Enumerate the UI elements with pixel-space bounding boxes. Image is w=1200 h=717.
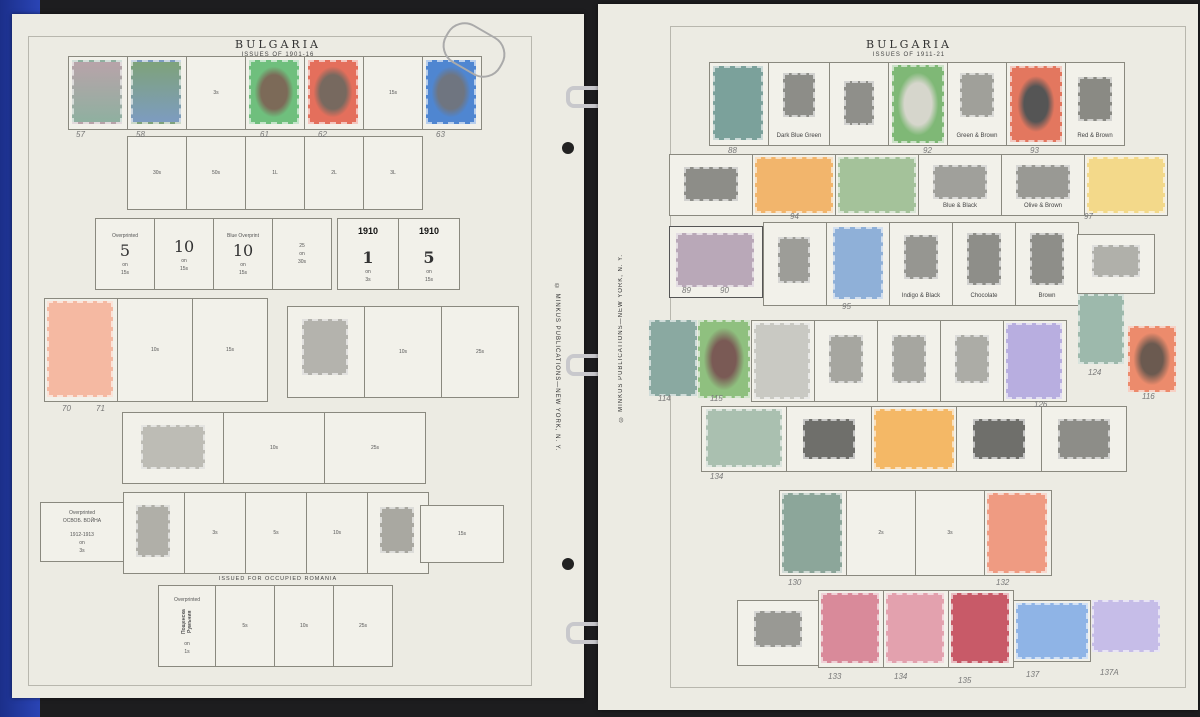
publisher-imprint: © MINKUS PUBLICATIONS—NEW YORK, N. Y. [618, 254, 624, 422]
stamp [782, 493, 842, 573]
stamp-slot [44, 298, 118, 402]
stamp-slot: Brown [1015, 222, 1079, 306]
stamp-slot [826, 222, 890, 306]
stamp-slot: 15s [420, 505, 504, 563]
stamp-row-6: 2s 3s [780, 490, 1052, 576]
stamp-slot: 5s [245, 492, 307, 574]
stamp-slot: 15s [192, 298, 268, 402]
stamp [838, 157, 916, 213]
stamp [1010, 66, 1062, 142]
stamp-slot [956, 406, 1042, 472]
stamp [755, 157, 833, 213]
punch-hole [562, 142, 574, 154]
stamp-slot [835, 154, 919, 216]
stamp-row-5 [702, 406, 1127, 472]
stamp-slot [763, 222, 827, 306]
stamp-slot: 2s [846, 490, 916, 576]
base-value: 3s [365, 277, 370, 283]
stamp-row-1: 3s 15s [69, 56, 482, 130]
stamp-slot [883, 590, 949, 668]
stamp-slot: 30s [127, 136, 187, 210]
base-value: 30s [298, 259, 306, 265]
overprint-slot: 10on15s [154, 218, 214, 290]
pencil-note: 90 [720, 286, 729, 295]
stamp-image [960, 73, 994, 117]
stamp-image [783, 73, 815, 117]
color-caption: Dark Blue Green [769, 133, 829, 139]
stamp [1128, 326, 1176, 392]
pencil-note: 70 [62, 404, 71, 413]
color-caption: Green & Brown [948, 133, 1006, 139]
stamp-slot [829, 62, 889, 146]
on-label: on [426, 269, 432, 275]
stamp-image [141, 425, 205, 469]
stamp [874, 409, 954, 469]
base-value: 15s [239, 270, 247, 276]
stamp-slot: 50s [186, 136, 246, 210]
stamp-slot: Blue & Black [918, 154, 1002, 216]
overprint-value: 10 [174, 237, 194, 256]
stamp-slot [948, 590, 1014, 668]
stamp-image [892, 335, 926, 383]
stamp-slot [669, 154, 753, 216]
punch-hole [562, 558, 574, 570]
stamp [754, 323, 810, 399]
stamp-slot: 10s [223, 412, 325, 484]
album-page-left: BULGARIA ISSUES OF 1901-16 3s 15s 30s 50… [12, 14, 584, 698]
pencil-note: 58 [136, 130, 145, 139]
base-value: 1s [184, 649, 189, 655]
on-label: on [79, 540, 85, 546]
pencil-note: 135 [958, 676, 971, 685]
color-caption: Red & Brown [1066, 133, 1124, 139]
stamp [951, 593, 1009, 663]
stamp-slot [779, 490, 847, 576]
stamp-row-4b: 10s 25s [288, 306, 519, 398]
stamp-slot: 3s [184, 492, 246, 574]
stamp [1006, 323, 1062, 399]
occupied-romania-row: OverprintedПощенска Румънияon1s 5s 10s 2… [159, 585, 393, 667]
overprint-text: Пощенска Румъния [181, 605, 193, 639]
base-value: 3s [79, 548, 84, 554]
stamp-slot [68, 56, 128, 130]
stamp-slot [1006, 62, 1066, 146]
stamp-slot: 5s [215, 585, 275, 667]
pencil-note: 89 [682, 286, 691, 295]
pencil-note: 115 [710, 394, 723, 403]
stamp [676, 233, 754, 287]
page-subtitle: ISSUES OF 1911-21 [620, 52, 1198, 58]
pencil-note: 116 [1142, 392, 1155, 401]
pencil-note: 114 [658, 394, 671, 403]
overprint-value: 1 [362, 248, 373, 267]
base-value: 15s [425, 277, 433, 283]
color-caption: Indigo & Black [890, 293, 952, 299]
stamp [892, 65, 944, 143]
stamp-slot: Indigo & Black [889, 222, 953, 306]
stamp-slot [698, 320, 752, 400]
section-heading: ISSUED FOR OCCUPIED ROMANIA [0, 576, 584, 582]
overprint-year: 1910 [358, 226, 378, 236]
overprint-label: Overprinted [112, 233, 138, 239]
stamp-slot [122, 412, 224, 484]
stamp-image [803, 419, 855, 459]
stamp-slot [871, 406, 957, 472]
stamp-slot [287, 306, 365, 398]
stamp [1092, 600, 1160, 652]
on-label: on [299, 251, 305, 257]
stamp-slot [818, 590, 884, 668]
stamp [308, 60, 358, 124]
overprint-label-box: OverprintedОСВОБ. ВОЙНА1912-1913on3s [40, 502, 124, 562]
overprint-label: Overprinted [69, 510, 95, 516]
stamp-row-3b: Indigo & Black Chocolate Brown [764, 222, 1079, 306]
pencil-note: 88 [728, 146, 737, 155]
pencil-note: 57 [76, 130, 85, 139]
stamp-slot [304, 56, 364, 130]
overprint-text: ОСВОБ. ВОЙНА [63, 518, 101, 524]
stamp [833, 227, 883, 299]
stamp-slot [984, 490, 1052, 576]
pencil-note: 95 [842, 302, 851, 311]
album-page-right: BULGARIA ISSUES OF 1911-21 Dark Blue Gre… [598, 4, 1198, 710]
stamp-slot: Dark Blue Green [768, 62, 830, 146]
overprint-row: Overprinted5on15s 10on15s Blue Overprint… [96, 218, 332, 290]
stamp-row-5: 10s 25s [123, 412, 426, 484]
stamp-image [967, 233, 1001, 285]
overprint-label: Blue Overprint [227, 233, 259, 239]
stamp-slot: 25s [333, 585, 393, 667]
stamp-slot [877, 320, 941, 402]
base-value: 15s [121, 270, 129, 276]
stamp-slot [752, 154, 836, 216]
pencil-note: 126 [1034, 400, 1047, 409]
stamp-image [302, 319, 348, 375]
overprint-years: 1912-1913 [70, 532, 94, 538]
stamp-image [933, 165, 987, 199]
stamp-image [1092, 245, 1140, 277]
war-overprint-row: 3s 5s 10s [124, 492, 429, 574]
stamp-slot: 25s [324, 412, 426, 484]
pencil-note: 97 [1084, 212, 1093, 221]
on-label: on [240, 262, 246, 268]
stamp-row-4a: 10s 15s [45, 298, 268, 402]
stamp [886, 593, 944, 663]
stamp [649, 320, 697, 396]
overprint-slot: Blue Overprint10on15s [213, 218, 273, 290]
stamp-image [136, 505, 170, 557]
pencil-note: 93 [1030, 146, 1039, 155]
on-label: on [122, 262, 128, 268]
color-caption: Brown [1016, 293, 1078, 299]
stamp-image [1058, 419, 1110, 459]
stamp-slot: 10s [117, 298, 193, 402]
overprint-slot: 19105on15s [398, 218, 460, 290]
stamp-slot: 15s [363, 56, 423, 130]
stamp [72, 60, 122, 124]
stamp-image [1016, 165, 1070, 199]
stamp-row-1: Dark Blue Green Green & Brown Red & Brow… [710, 62, 1125, 146]
pencil-note: 134 [894, 672, 907, 681]
stamp-row-7 [738, 600, 1160, 668]
stamp [821, 593, 879, 663]
stamp-image [684, 167, 738, 201]
publisher-imprint: © MINKUS PUBLICATIONS—NEW YORK, N. Y. [554, 284, 560, 452]
overprint-slot: 19101on3s [337, 218, 399, 290]
on-label: on [181, 258, 187, 264]
stamp [47, 301, 113, 397]
pencil-note: 62 [318, 130, 327, 139]
stamp-slot: 2L [304, 136, 364, 210]
stamp [713, 66, 763, 140]
pencil-note: 124 [1088, 368, 1101, 377]
overprint-value: 5 [423, 248, 434, 267]
stamp-slot: Green & Brown [947, 62, 1007, 146]
stamp-slot: 25s [441, 306, 519, 398]
stamp-image [973, 419, 1025, 459]
on-label: on [365, 269, 371, 275]
pencil-note: 71 [96, 404, 105, 413]
stamp-image [380, 507, 414, 553]
page-title: BULGARIA [620, 38, 1198, 51]
stamp-image [1078, 77, 1112, 121]
color-caption: Blue & Black [919, 203, 1001, 209]
stamp-image [955, 335, 989, 383]
pencil-note: 61 [260, 130, 269, 139]
stamp-slot: 10s [274, 585, 334, 667]
stamp [698, 320, 750, 398]
stamp-slot [709, 62, 769, 146]
stamp [1016, 603, 1088, 659]
pencil-note: 134 [710, 472, 723, 481]
overprint-slot: OverprintedПощенска Румънияon1s [158, 585, 216, 667]
stamp-row-2: Blue & Black Olive & Brown [670, 154, 1168, 216]
stamp-slot: 3L [363, 136, 423, 210]
overprint-year: 1910 [419, 226, 439, 236]
overprint-slot: 25on30s [272, 218, 332, 290]
stamp [1087, 157, 1165, 213]
pencil-note: 132 [996, 578, 1009, 587]
stamp-slot [649, 320, 699, 396]
stamp-slot [786, 406, 872, 472]
stamp-image [1030, 233, 1064, 285]
stamp-slot [1003, 320, 1067, 402]
overprint-value: 5 [120, 241, 130, 260]
stamp-slot: Red & Brown [1065, 62, 1125, 146]
stamp [1078, 294, 1124, 364]
stamp-slot [1084, 154, 1168, 216]
pencil-note: 92 [923, 146, 932, 155]
stamp-slot [701, 406, 787, 472]
pencil-note: 137A [1100, 668, 1119, 677]
stamp-slot: Chocolate [952, 222, 1016, 306]
stamp [249, 60, 299, 124]
stamp-slot [1013, 600, 1091, 662]
overprint-value: 10 [233, 241, 253, 260]
stamp-slot [1077, 234, 1155, 294]
stamp [706, 409, 782, 467]
stamp [131, 60, 181, 124]
stamp-row-2: 30s 50s 1L 2L 3L [128, 136, 423, 210]
stamp-slot [940, 320, 1004, 402]
stamp-slot: 10s [306, 492, 368, 574]
stamp-slot [888, 62, 948, 146]
stamp-slot: 1L [245, 136, 305, 210]
stamp-slot [127, 56, 187, 130]
stamp-image [778, 237, 810, 283]
stamp-image [904, 235, 938, 279]
stamp-slot [737, 600, 819, 666]
pencil-note: 137 [1026, 670, 1039, 679]
pencil-note: 94 [790, 212, 799, 221]
stamp-row-4 [650, 320, 1067, 402]
stamp-slot [814, 320, 878, 402]
overprint-slot: Overprinted5on15s [95, 218, 155, 290]
overprint-label: Overprinted [174, 597, 200, 603]
pencil-note: 63 [436, 130, 445, 139]
stamp-image [844, 81, 874, 125]
stamp-slot [1041, 406, 1127, 472]
stamp-slot: 3s [186, 56, 246, 130]
pencil-note: 130 [788, 578, 801, 587]
color-caption: Chocolate [953, 293, 1015, 299]
stamp [987, 493, 1047, 573]
stamp-image [754, 611, 802, 647]
stamp-slot [1090, 600, 1160, 656]
stamp-slot: 3s [915, 490, 985, 576]
stamp-slot [245, 56, 305, 130]
stamp-slot: 10s [364, 306, 442, 398]
overprint-value: 25 [299, 243, 305, 249]
stamp-slot [123, 492, 185, 574]
stamp-image [829, 335, 863, 383]
pencil-note: 133 [828, 672, 841, 681]
base-value: 15s [180, 266, 188, 272]
stamp-slot [751, 320, 815, 402]
color-caption: Olive & Brown [1002, 203, 1084, 209]
overprint-1910-row: 19101on3s 19105on15s [338, 218, 460, 290]
stamp-slot: Olive & Brown [1001, 154, 1085, 216]
on-label: on [184, 641, 190, 647]
